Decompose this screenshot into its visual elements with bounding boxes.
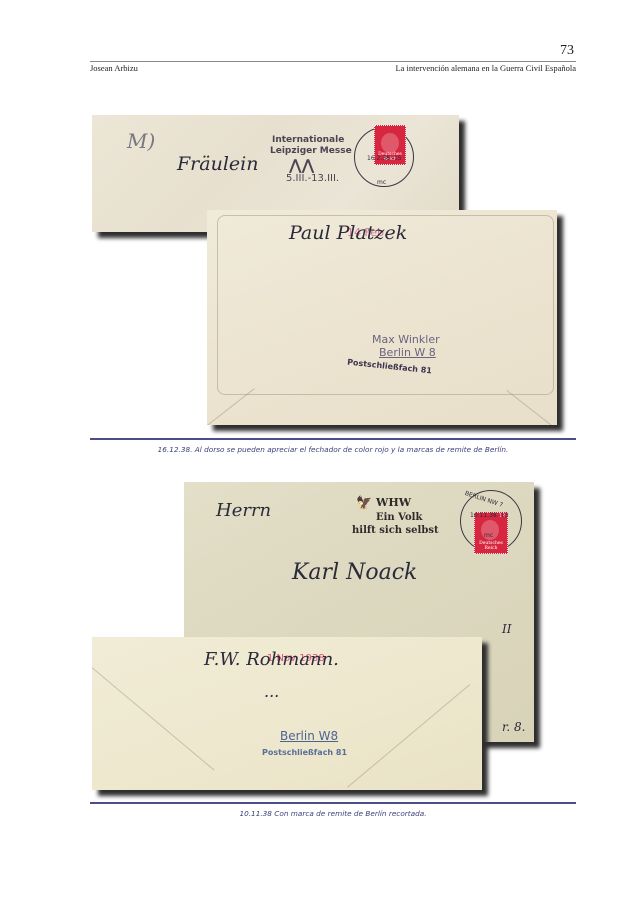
handwriting-sender: Paul Platzek [289, 222, 407, 244]
figure-caption: 10.11.38 Con marca de remite de Berlín r… [90, 809, 576, 818]
figure-caption: 16.12.38. Al dorso se pueden apreciar el… [90, 445, 576, 454]
header-rule [90, 61, 576, 62]
postmark-date: 16.2.38.-15 [367, 155, 402, 162]
sender-mark-postbox: Postschließfach 81 [262, 748, 347, 757]
envelope-back-2: 1 Nov 1938 F.W. Rohmann. ... Berlin W8 P… [92, 637, 482, 790]
header-book-title: La intervención alemana en la Guerra Civ… [395, 63, 576, 73]
flap-line [506, 390, 554, 425]
handwriting-mark: M) [127, 129, 155, 153]
postmark-date: 10.11.38.-13 [470, 512, 508, 519]
sender-mark-city: Berlin W8 [280, 729, 338, 743]
handwriting-initials: ... [264, 682, 279, 701]
header-author: Josean Arbizu [90, 63, 138, 73]
flap-line [92, 667, 215, 771]
postmark-suffix: mc [484, 532, 493, 539]
slogan-cancel-line-1: Ein Volk [376, 512, 422, 523]
postmark-suffix: mc [377, 179, 386, 186]
handwriting-street: r. 8. [502, 720, 526, 734]
handwriting-sender: F.W. Rohmann. [204, 649, 339, 670]
caption-rule [90, 438, 576, 440]
flap-line [347, 684, 470, 788]
eagle-emblem-icon: 🦅 [356, 496, 372, 511]
slogan-cancel-dates: 5.III.-13.III. [286, 173, 339, 184]
handwriting-line: II [502, 622, 511, 636]
page-number: 73 [560, 43, 574, 59]
envelope-back-1: 14 Feb. Paul Platzek Max Winkler Berlin … [207, 210, 557, 425]
handwriting-addressee: Karl Noack [292, 560, 417, 585]
handwriting-salutation: Herrn [216, 500, 271, 521]
sender-mark-name: Max Winkler [372, 333, 440, 346]
slogan-cancel-line-2: Leipziger Messe [270, 146, 352, 156]
slogan-cancel-whw: WHW [376, 496, 411, 509]
stamp-label: Deutsches Reich [475, 541, 507, 551]
leipzig-mm-logo-icon: ⋀⋀ [289, 156, 314, 174]
caption-rule [90, 802, 576, 804]
slogan-cancel-line-1: Internationale [272, 135, 344, 145]
portrait-icon [381, 133, 399, 153]
sender-mark-city: Berlin W 8 [379, 346, 436, 359]
handwriting-addressee: Fräulein [177, 153, 258, 175]
slogan-cancel-line-2: hilft sich selbst [352, 525, 439, 536]
